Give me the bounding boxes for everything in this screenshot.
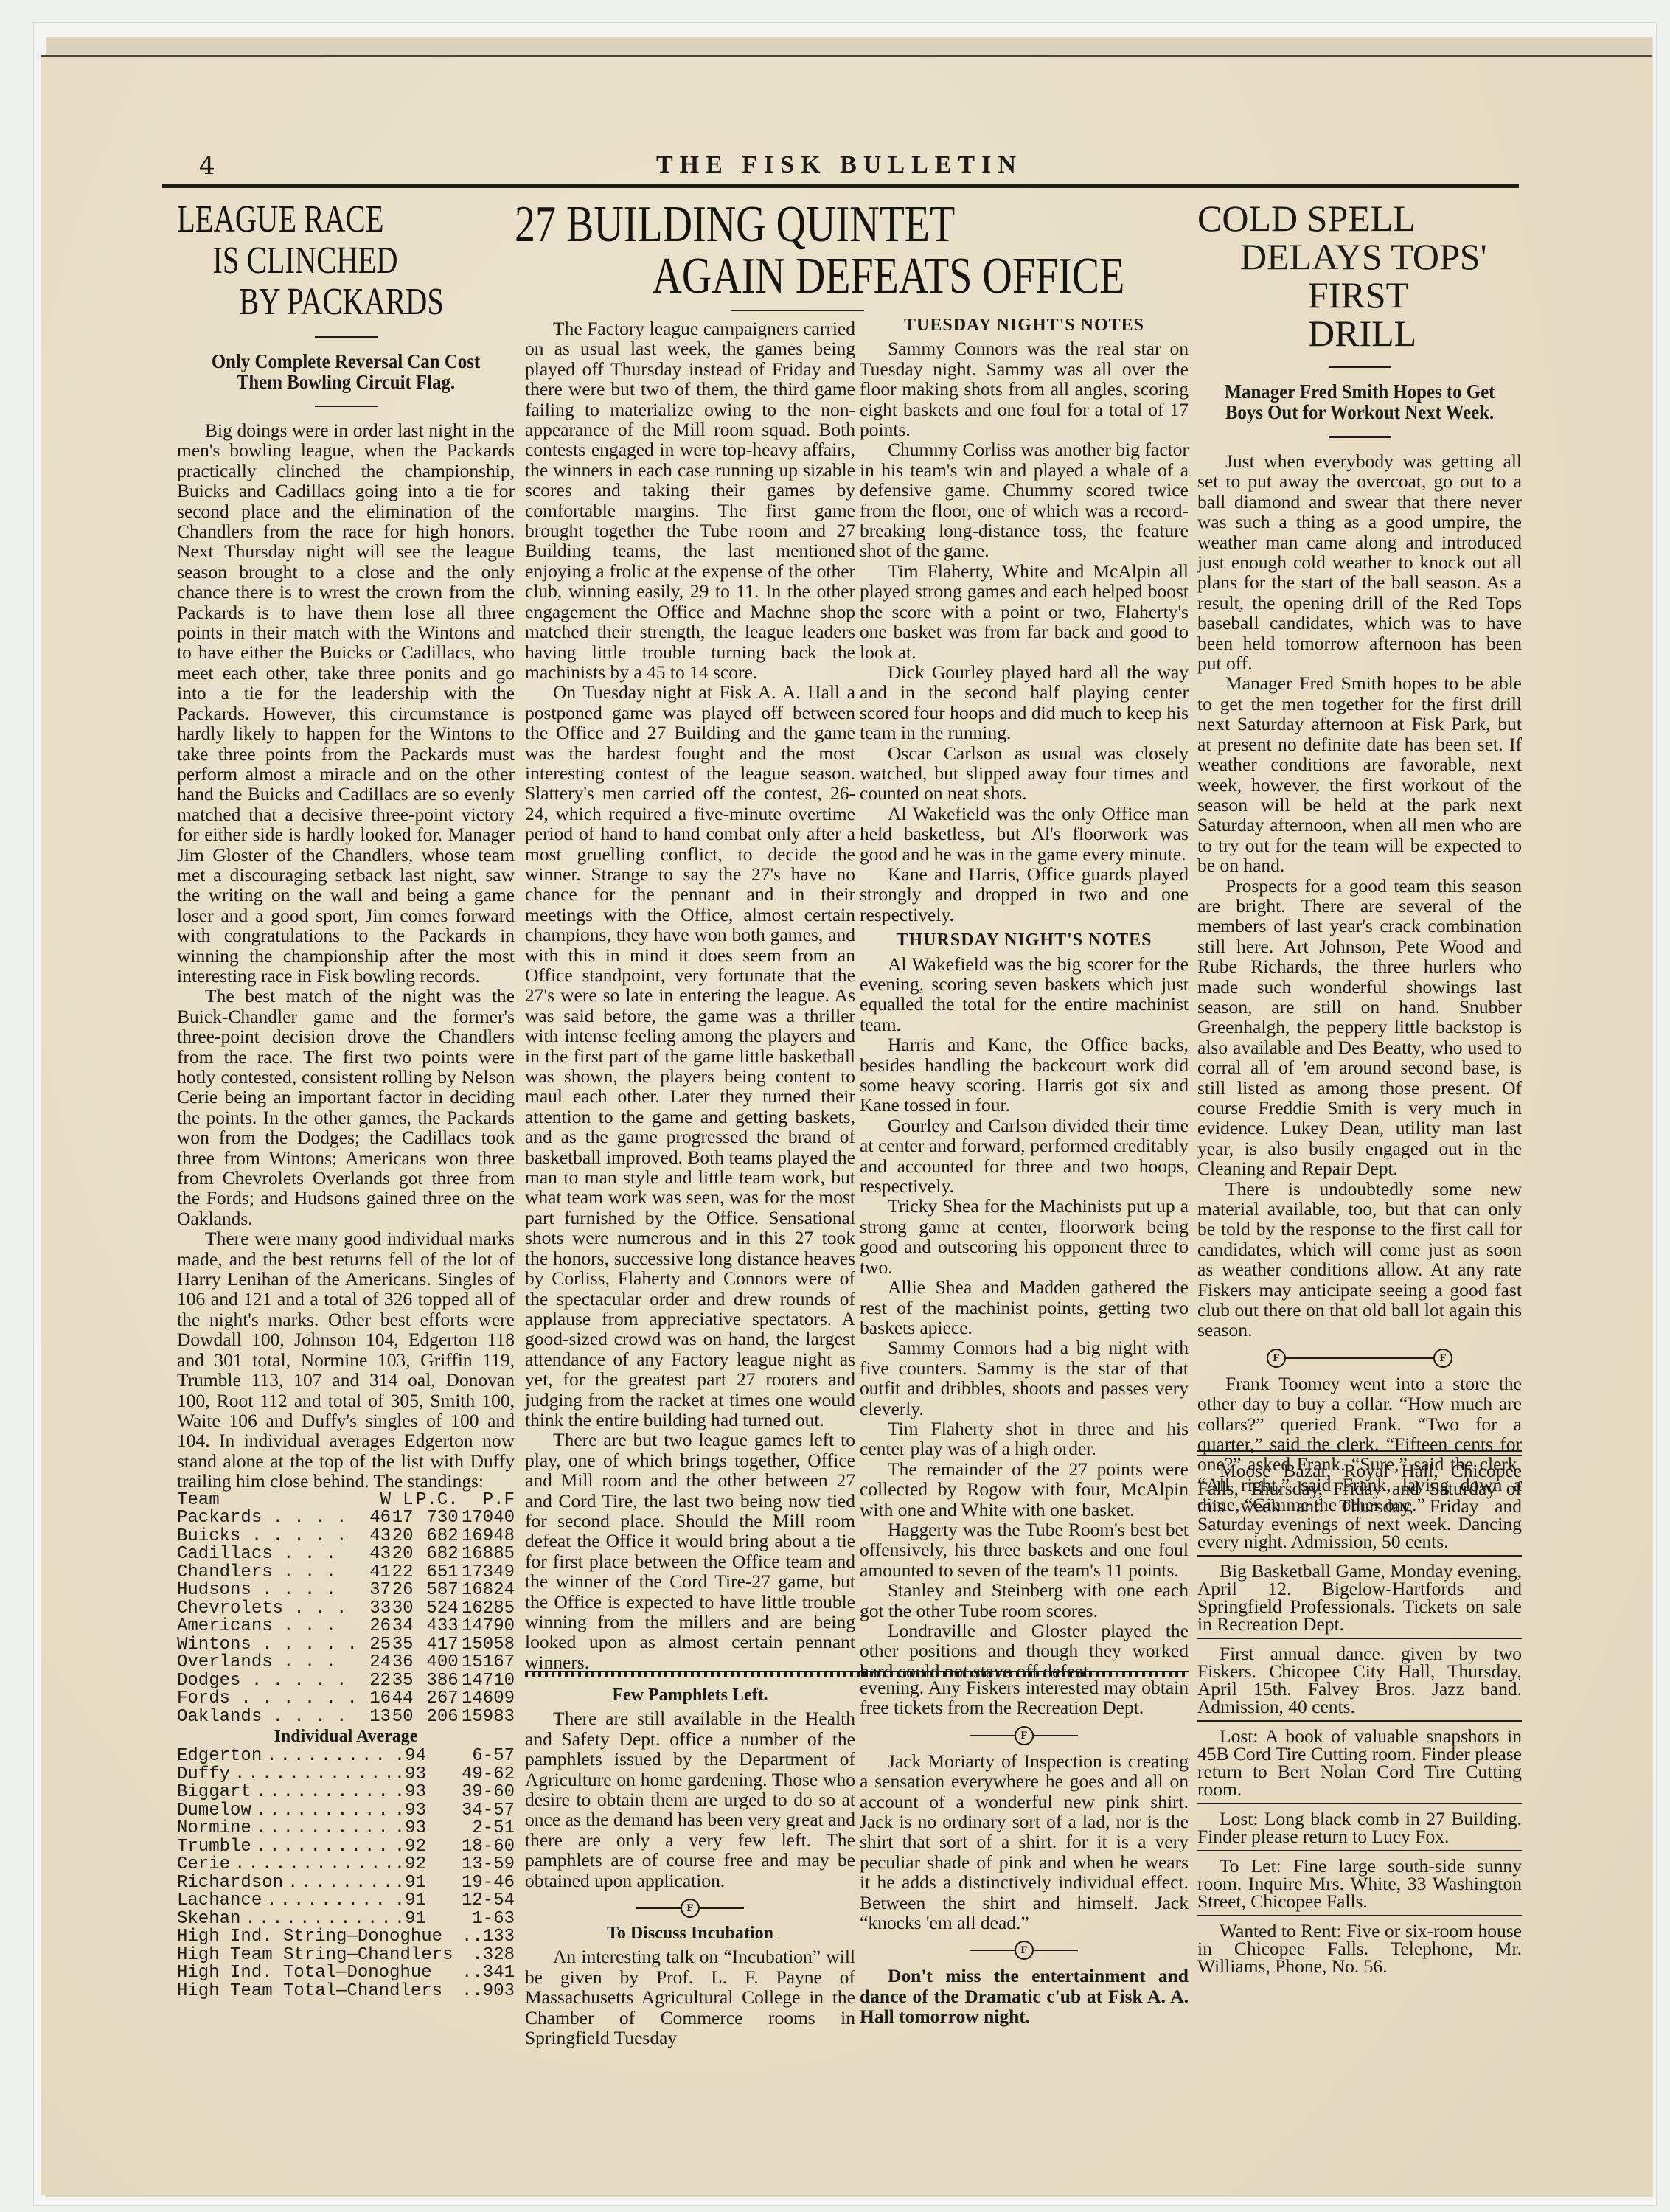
basketball-article-col2: TUESDAY NIGHT'S NOTES Sammy Connors was … [860,310,1189,1681]
leader-dots: .......................... [245,1910,389,1929]
standings-cell: 16 [369,1690,392,1708]
standings-column-header: P.F [459,1492,515,1510]
ad-text: Wanted to Rent: Five or six-room house i… [1197,1922,1522,1975]
bowler-name: Cerie [177,1856,230,1874]
pamphlets-text: There are still available in the Health … [525,1708,855,1891]
standings-cell: 206 [414,1708,459,1727]
standings-cell: 15983 [459,1708,515,1727]
leader-dots: .......................... [256,1784,390,1802]
fisk-separator: F [525,1896,855,1918]
bowler-name: Normine [177,1820,251,1838]
standings-cell: 35 [391,1672,414,1691]
tuesday-note-paragraph: Tim Flaherty, White and McAlpin all play… [860,561,1189,662]
fisk-f-icon: F [1015,1941,1034,1960]
ad-text: To Let: Fine large south-side sunny room… [1197,1857,1522,1910]
standings-cell: Wintons . . . . . [177,1636,369,1655]
standings-column-header: P.C. [414,1492,459,1510]
standings-cell: Chandlers . . . [177,1564,369,1582]
classified-ad: Wanted to Rent: Five or six-room house i… [1197,1916,1522,1980]
standings-row: Chevrolets . . .333052416285 [177,1600,515,1618]
bowler-name: Dumelow [177,1802,251,1820]
standings-cell: 22 [369,1672,392,1691]
tuesday-notes: Sammy Connors was the real star on Tuesd… [860,338,1189,925]
standings-cell: 14790 [459,1618,515,1636]
tuesday-note-paragraph: Chummy Corliss was another big factor in… [860,439,1189,560]
standings-header: TeamWLP.C.P.F [177,1492,515,1510]
standings-cell: 43 [369,1528,392,1546]
individual-average-list: Edgerton...........................946-5… [177,1747,515,1928]
standings-cell: Cadillacs . . . [177,1545,369,1564]
standings-row: Packards . . . .461773017040 [177,1509,515,1528]
ad-text: Moose Bazar, Royal Hall, Chicopee Falls,… [1197,1462,1522,1551]
headline-line: 27 BUILDING QUINTET [515,199,1124,251]
standings-cell: 34 [391,1618,414,1636]
ad-text: Big Basketball Game, Monday evening, Apr… [1197,1562,1522,1633]
notices-right: evening. Any Fiskers interested may obta… [860,1677,1189,2027]
standings-cell: 37 [369,1582,392,1600]
standings-cell: 651 [414,1564,459,1582]
baseball-article: COLD SPELL DELAYS TOPS' FIRST DRILL Mana… [1197,199,1522,1515]
headline-line: LEAGUE RACE [177,199,440,240]
fisk-f-icon: F [1433,1349,1452,1368]
standings-cell: 30 [391,1600,414,1618]
thursday-note-paragraph: Harris and Kane, the Office backs, besid… [860,1034,1189,1116]
bowler-average: .92 [394,1838,426,1857]
incubation-title: To Discuss Incubation [525,1924,855,1944]
standings-cell: 682 [414,1545,459,1564]
page-number: 4 [199,151,215,181]
baseball-paragraph: Prospects for a good team this season ar… [1197,876,1522,1179]
records-list: High Ind. String—Donoghue..133High Team … [177,1928,515,2000]
rule-line [636,1907,681,1909]
thursday-note-paragraph: Al Wakefield was the big scorer for the … [860,954,1189,1035]
individual-average-row: Cerie...........................9213-59 [177,1856,515,1874]
standings-cell: 14609 [459,1690,515,1708]
standings-cell: 43 [369,1545,392,1564]
standings-cell: Chevrolets . . . [177,1600,369,1618]
standings-cell: 17349 [459,1564,515,1582]
standings-cell: 267 [414,1690,459,1708]
ad-text: Lost: A book of valuable snapshots in 45… [1197,1728,1522,1798]
basketball-article-col1: The Factory league campaigners carried o… [525,310,855,1672]
thursday-note-paragraph: The remainder of the 27 points were coll… [860,1459,1189,1520]
standings-cell: 16285 [459,1600,515,1618]
tuesday-note-paragraph: Oscar Carlson as usual was closely watch… [860,743,1189,804]
bowling-body: Big doings were in order last night in t… [177,420,515,1492]
individual-average-row: Trumble...........................9218-6… [177,1838,515,1857]
bowler-record: 6-57 [426,1747,515,1766]
thursday-notes: Al Wakefield was the big scorer for the … [860,954,1189,1682]
standings-cell: 46 [369,1509,392,1528]
standings-cell: 417 [414,1636,459,1655]
bowling-article: LEAGUE RACE IS CLINCHED BY PACKARDS Only… [177,199,515,2000]
incubation-continued: evening. Any Fiskers interested may obta… [860,1677,1189,1718]
standings-row: Wintons . . . . .253541715058 [177,1636,515,1655]
standings-column-header: Team [177,1492,369,1510]
moriarty-text: Jack Moriarty of Inspection is creating … [860,1751,1189,1933]
individual-average-row: Duffy...........................9349-62 [177,1766,515,1784]
bowler-average: .91 [394,1910,426,1929]
basketball-headline: 27 BUILDING QUINTET AGAIN DEFEATS OFFICE [515,199,1124,302]
standings-cell: 400 [414,1654,459,1672]
record-label: High Team String—Chandlers [177,1947,453,1965]
tuesday-note-paragraph: Dick Gourley played hard all the way and… [860,662,1189,743]
thursday-note-paragraph: Tim Flaherty shot in three and his cente… [860,1419,1189,1459]
standings-cell: 26 [391,1582,414,1600]
standings-cell: Buicks . . . . . [177,1528,369,1546]
fisk-f-icon: F [681,1899,700,1918]
thursday-note-paragraph: Sammy Connors had a big night with five … [860,1338,1189,1419]
fisk-separator: F [860,1724,1189,1745]
standings-cell: Dodges . . . . . [177,1672,369,1691]
standings-cell: 44 [391,1690,414,1708]
standings-row: Buicks . . . . .432068216948 [177,1528,515,1546]
record-value: ..133 [462,1928,515,1947]
record-row: High Team String—Chandlers.328 [177,1947,515,1965]
bowler-average: .94 [394,1747,426,1766]
bowler-record: 39-60 [426,1784,515,1802]
standings-cell: 16948 [459,1528,515,1546]
bowler-name: Edgerton [177,1747,262,1766]
classified-ad: First annual dance. given by two Fiskers… [1197,1639,1522,1722]
classified-ad: Moose Bazar, Royal Hall, Chicopee Falls,… [1197,1456,1522,1557]
leader-dots: .......................... [266,1892,390,1910]
fisk-separator: F [860,1938,1189,1960]
thursday-note-paragraph: Gourley and Carlson divided their time a… [860,1116,1189,1197]
incubation-text: An interesting talk on “Incubation” will… [525,1947,855,2048]
standings-cell: 20 [391,1528,414,1546]
standings-row: Dodges . . . . .223538614710 [177,1672,515,1691]
standings-cell: 26 [369,1618,392,1636]
basketball-paragraph: The Factory league campaigners carried o… [525,319,855,682]
individual-average-row: Richardson...........................911… [177,1874,515,1893]
baseball-paragraph: There is undoubtedly some new material a… [1197,1179,1522,1340]
baseball-deck: Manager Fred Smith Hopes to Get Boys Out… [1211,381,1509,422]
thursday-note-paragraph: Tricky Shea for the Machinists put up a … [860,1196,1189,1277]
standings-cell: Oaklands . . . . [177,1708,369,1727]
headline-line: AGAIN DEFEATS OFFICE [652,251,1124,302]
bowling-paragraph: Big doings were in order last night in t… [177,420,515,986]
classified-ad: Lost: A book of valuable snapshots in 45… [1197,1722,1522,1804]
record-row: High Team Total—Chandlers..903 [177,1983,515,2001]
bowler-average: .93 [394,1802,426,1820]
leader-dots: .......................... [256,1802,390,1820]
divider [1329,436,1391,438]
baseball-body: Just when everybody was getting all set … [1197,451,1522,1340]
record-row: High Ind. String—Donoghue..133 [177,1928,515,1947]
standings-cell: Overlands . . . [177,1654,369,1672]
pamphlets-title: Few Pamphlets Left. [525,1686,855,1705]
classified-ad: To Let: Fine large south-side sunny room… [1197,1851,1522,1916]
basketball-paragraph: There are but two league games left to p… [525,1430,855,1672]
standings-row: Fords . . . . . .164426714609 [177,1690,515,1708]
divider [1329,366,1391,368]
standings-row: Chandlers . . .412265117349 [177,1564,515,1582]
bowling-headline: LEAGUE RACE IS CLINCHED BY PACKARDS [177,199,440,323]
baseball-headline: COLD SPELL DELAYS TOPS' FIRST DRILL [1197,199,1522,352]
standings-cell: 14710 [459,1672,515,1691]
bowling-paragraph: The best match of the night was the Buic… [177,986,515,1228]
tuesday-notes-title: TUESDAY NIGHT'S NOTES [860,316,1189,335]
standings-cell: 25 [369,1636,392,1655]
standings-cell: Hudsons . . . . [177,1582,369,1600]
individual-average-row: Edgerton...........................946-5… [177,1747,515,1766]
header-rule [162,184,1519,188]
ad-text: First annual dance. given by two Fiskers… [1197,1645,1522,1716]
divider [315,336,378,338]
bowler-record: 34-57 [426,1802,515,1820]
rule-line [970,1950,1015,1951]
bowling-paragraph: There were many good individual marks ma… [177,1228,515,1491]
classified-ads: Moose Bazar, Royal Hall, Chicopee Falls,… [1197,1450,1522,1980]
standings-cell: 35 [391,1636,414,1655]
standings-cell: 20 [391,1545,414,1564]
standings-row: Hudsons . . . .372658716824 [177,1582,515,1600]
standings-cell: 15167 [459,1654,515,1672]
bowler-name: Skehan [177,1910,240,1929]
standings-row: Cadillacs . . .432068216885 [177,1545,515,1564]
record-label: High Ind. String—Donoghue [177,1928,442,1947]
headline-line: DELAYS TOPS' [1240,237,1522,276]
standings-cell: 22 [391,1564,414,1582]
leader-dots: .......................... [266,1747,390,1766]
fisk-f-icon: F [1015,1726,1034,1745]
leader-dots: .......................... [256,1820,390,1838]
bowler-average: .93 [394,1820,426,1838]
rule-line [970,1735,1015,1736]
dramatic-club-note: Don't miss the entertainment and dance o… [860,1966,1189,2026]
standings-cell: 587 [414,1582,459,1600]
baseball-paragraph: Manager Fred Smith hopes to be able to g… [1197,673,1522,875]
bowler-name: Duffy [177,1766,230,1784]
rule-line [700,1907,744,1909]
leader-dots: .......................... [288,1874,390,1893]
classified-ad: Big Basketball Game, Monday evening, Apr… [1197,1557,1522,1639]
bowler-average: .91 [394,1874,426,1893]
basketball-body: The Factory league campaigners carried o… [525,319,855,1672]
standings-cell: 24 [369,1654,392,1672]
leader-dots: .......................... [234,1766,390,1784]
bowler-name: Biggart [177,1784,251,1802]
standings-cell: Fords . . . . . . [177,1690,369,1708]
rule-line [1034,1950,1078,1951]
bowler-record: 1-63 [426,1910,515,1929]
standings-cell: 17040 [459,1509,515,1528]
notices-left: Few Pamphlets Left. There are still avai… [525,1681,855,2048]
record-value: ..903 [462,1983,515,2001]
record-value: ..341 [462,1964,515,1983]
ads-top-rule [1197,1450,1522,1456]
record-row: High Ind. Total—Donoghue..341 [177,1964,515,1983]
individual-average-row: Dumelow...........................9334-5… [177,1802,515,1820]
fisk-f-icon: F [1267,1349,1286,1368]
individual-average-row: Normine...........................932-51 [177,1820,515,1838]
bowler-name: Lachance [177,1892,262,1910]
standings-cell: 730 [414,1509,459,1528]
tuesday-note-paragraph: Al Wakefield was the only Office man hel… [860,804,1189,864]
record-value: .328 [472,1947,515,1965]
rule-line [1286,1357,1433,1359]
bowler-record: 12-54 [426,1892,515,1910]
rule-line [1034,1735,1078,1736]
standings-column-header: W [369,1492,392,1510]
standings-column-header: L [391,1492,414,1510]
headline-line: IS CLINCHED [212,240,440,282]
standings-cell: 682 [414,1528,459,1546]
tuesday-note-paragraph: Kane and Harris, Office guards played st… [860,864,1189,925]
individual-average-row: Lachance...........................9112-… [177,1892,515,1910]
bowler-average: .93 [394,1784,426,1802]
standings-row: Americans . . .263443314790 [177,1618,515,1636]
bowler-record: 19-46 [426,1874,515,1893]
headline-line: FIRST DRILL [1308,276,1522,352]
bowler-name: Richardson [177,1874,283,1893]
standings-row: Overlands . . .243640015167 [177,1654,515,1672]
record-label: High Ind. Total—Donoghue [177,1964,432,1983]
standings-cell: 33 [369,1600,392,1618]
standings-row: Oaklands . . . .135020615983 [177,1708,515,1727]
standings-cell: 41 [369,1564,392,1582]
classified-ad: Lost: Long black comb in 27 Building. Fi… [1197,1804,1522,1851]
thursday-note-paragraph: Stanley and Steinberg with one each got … [860,1580,1189,1621]
standings-cell: 36 [391,1654,414,1672]
bowler-record: 2-51 [426,1820,515,1838]
individual-average-title: Individual Average [177,1727,515,1747]
standings-table: TeamWLP.C.P.F Packards . . . .4617730170… [177,1492,515,1727]
ad-text: Lost: Long black comb in 27 Building. Fi… [1197,1810,1522,1846]
leader-dots: .......................... [256,1838,390,1857]
bowling-deck: Only Complete Reversal Can Cost Them Bow… [190,351,501,392]
tuesday-note-paragraph: Sammy Connors was the real star on Tuesd… [860,338,1189,439]
bowler-average: .93 [394,1766,426,1784]
masthead: THE FISK BULLETIN [656,151,1023,179]
fisk-separator: FF [1197,1346,1522,1368]
standings-cell: 524 [414,1600,459,1618]
individual-average-row: Skehan...........................911-63 [177,1910,515,1929]
standings-cell: 386 [414,1672,459,1691]
leader-dots: .......................... [234,1856,390,1874]
baseball-paragraph: Just when everybody was getting all set … [1197,451,1522,673]
bowler-record: 49-62 [426,1766,515,1784]
record-label: High Team Total—Chandlers [177,1983,442,2001]
standings-cell: 433 [414,1618,459,1636]
divider [731,310,864,311]
bowler-average: .91 [394,1892,426,1910]
thursday-note-paragraph: Allie Shea and Madden gathered the rest … [860,1277,1189,1338]
bowler-name: Trumble [177,1838,251,1857]
headline-line: BY PACKARDS [239,282,440,323]
standings-cell: 13 [369,1708,392,1727]
standings-cell: 16824 [459,1582,515,1600]
divider [315,406,378,407]
standings-cell: 17 [391,1509,414,1528]
page-header: 4 THE FISK BULLETIN [170,151,1519,181]
standings-cell: 15058 [459,1636,515,1655]
standings-cell: Packards . . . . [177,1509,369,1528]
bowler-record: 18-60 [426,1838,515,1857]
bowler-record: 13-59 [426,1856,515,1874]
standings-cell: 16885 [459,1545,515,1564]
thursday-notes-title: THURSDAY NIGHT'S NOTES [860,931,1189,950]
thursday-note-paragraph: Haggerty was the Tube Room's best bet of… [860,1520,1189,1580]
bowler-average: .92 [394,1856,426,1874]
standings-cell: Americans . . . [177,1618,369,1636]
standings-cell: 50 [391,1708,414,1727]
headline-line: COLD SPELL [1197,199,1522,237]
basketball-paragraph: On Tuesday night at Fisk A. A. Hall a po… [525,682,855,1430]
individual-average-row: Biggart...........................9339-6… [177,1784,515,1802]
